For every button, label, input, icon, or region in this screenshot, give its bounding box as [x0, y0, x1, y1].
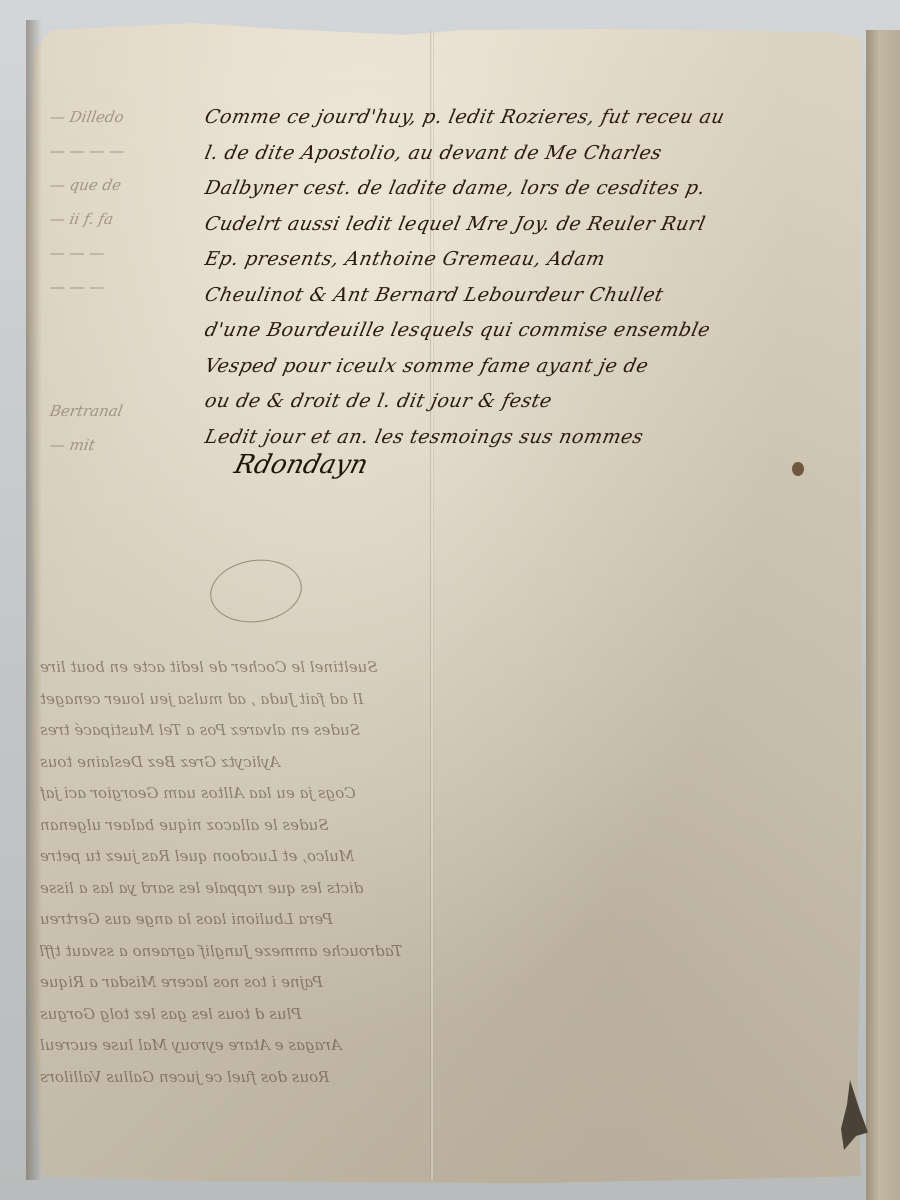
bleed-line: Pera Lbulioni laos la ange aus Gertreu	[40, 904, 690, 936]
bleed-line: Mulco, et Lucdoon quel Ras juez tu petre	[40, 841, 690, 873]
text-line: Dalbyner cest. de ladite dame, lors de c…	[201, 171, 859, 207]
text-line: l. de dite Apostolio, au devant de Me Ch…	[201, 136, 859, 172]
margin-note: Bertranal	[47, 394, 203, 428]
margin-notes: — Dilledo — — — — — que de — ii f. fa — …	[50, 100, 200, 462]
bleed-through-text: Sueltinel le Cocher de ledit acte en bou…	[40, 652, 690, 1093]
text-line: Cudelrt aussi ledit lequel Mre Joy. de R…	[201, 207, 859, 243]
bleed-line: Sueltinel le Cocher de ledit acte en bou…	[40, 652, 690, 684]
text-line: Vesped pour iceulx somme fame ayant je d…	[201, 349, 859, 385]
signature: Rdondayn	[231, 450, 371, 480]
bleed-line: Il ad fait Juda , ad mulsa jeu louer cen…	[40, 684, 690, 716]
margin-note: — mit	[47, 428, 203, 462]
text-line: Cheulinot & Ant Bernard Lebourdeur Chull…	[201, 278, 859, 314]
bleed-line: Pajne i tos nos lacere Misdar a Rique	[40, 967, 690, 999]
margin-note: — — — —	[47, 134, 203, 168]
adjacent-page-edge	[866, 30, 900, 1200]
bleed-line: Sudes en alvarez Pos a Tel Mustipacé tre…	[40, 715, 690, 747]
bleed-line: Aylicytz Grez Bez Deslaine tous	[40, 747, 690, 779]
bleed-line: Rous dos fuel ce jucen Gallus Vallilors	[40, 1062, 690, 1094]
text-line: ou de & droit de l. dit jour & feste	[201, 384, 859, 420]
bleed-line: Cogs ja eu laa Alltos uam Georgior aci j…	[40, 778, 690, 810]
margin-note: — que de	[47, 168, 203, 202]
ink-stain	[792, 462, 804, 476]
margin-note: — — —	[47, 270, 203, 304]
text-line: d'une Bourdeuille lesquels qui commise e…	[201, 313, 859, 349]
bleed-line: Aragas e Atare eyrouy Mal luse eucreul	[40, 1030, 690, 1062]
main-handwritten-text: Comme ce jourd'huy, p. ledit Rozieres, f…	[205, 100, 855, 455]
margin-note: — ii f. fa	[47, 202, 203, 236]
margin-note: — Dilledo	[47, 100, 203, 134]
bleed-line: Tadrouche ammeze Junglif agraeno a ssvau…	[40, 936, 690, 968]
bleed-line: Sudes le allacoz nique balaer ulgenan	[40, 810, 690, 842]
bleed-line: Plus d tous les gas lez tolg Gorgus	[40, 999, 690, 1031]
bleed-line: dicts les que rappale les sard ya las a …	[40, 873, 690, 905]
text-line: Comme ce jourd'huy, p. ledit Rozieres, f…	[201, 100, 859, 136]
margin-note: — — —	[47, 236, 203, 270]
text-line: Ep. presents, Anthoine Gremeau, Adam	[201, 242, 859, 278]
